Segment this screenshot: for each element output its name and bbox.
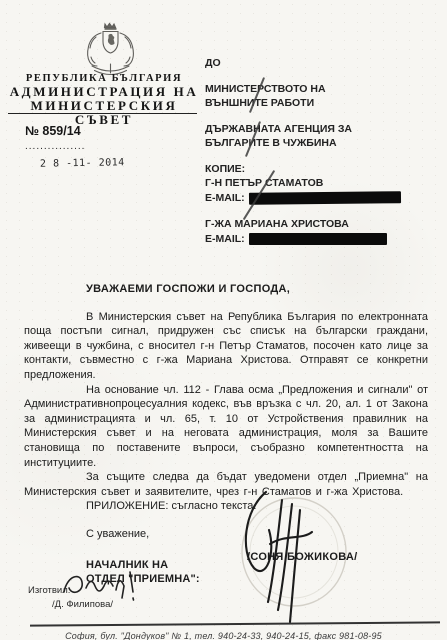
redacted-email-bar	[249, 233, 387, 245]
to-label: ДО	[205, 56, 410, 70]
addressee-1-line1: МИНИСТЕРСТВОТО НА	[205, 82, 410, 96]
salutation: УВАЖАЕМИ ГОСПОЖИ И ГОСПОДА,	[24, 282, 428, 297]
closing-phrase: С уважение,	[24, 527, 428, 542]
redacted-email-bar	[249, 191, 401, 205]
attachment-line: ПРИЛОЖЕНИЕ: съгласно текста.	[24, 499, 428, 514]
copy-2-name: Г-ЖА МАРИАНА ХРИСТОВА	[205, 217, 410, 231]
copy-1-email-row: E-MAIL:	[205, 191, 410, 205]
letterhead: РЕПУБЛИКА БЪЛГАРИЯ АДМИНИСТРАЦИЯ НА МИНИ…	[4, 72, 204, 127]
copy-2-email-row: E-MAIL:	[205, 232, 410, 246]
letterhead-underline	[8, 113, 197, 114]
paragraph-2: На основание чл. 112 - Глава осма „Предл…	[24, 383, 428, 471]
copy-1-name: Г-Н ПЕТЪР СТАМАТОВ	[205, 176, 410, 190]
addressee-1-line2: ВЪНШНИТЕ РАБОТИ	[205, 96, 410, 110]
paragraph-1: В Министерския съвет на Република Българ…	[24, 310, 428, 383]
footer-address: София, бул. "Дондуков" № 1, тел. 940-24-…	[0, 631, 447, 640]
recipient-block: ДО МИНИСТЕРСТВОТО НА ВЪНШНИТЕ РАБОТИ ДЪР…	[205, 56, 410, 246]
copy-label: КОПИЕ:	[205, 162, 410, 176]
scanned-letter-page: РЕПУБЛИКА БЪЛГАРИЯ АДМИНИСТРАЦИЯ НА МИНИ…	[0, 0, 447, 640]
prepared-by-name: /Д. Филипова/	[52, 599, 113, 610]
date-received-stamp: 2 8 -11- 2014	[40, 157, 125, 169]
reference-number: № 859/14	[25, 124, 81, 138]
paragraph-3: За същите следва да бъдат уведомени отде…	[24, 470, 428, 499]
addressee-2-line2: БЪЛГАРИТЕ В ЧУЖБИНА	[205, 136, 410, 150]
addressee-2-line1: ДЪРЖАВНАТА АГЕНЦИЯ ЗА	[205, 122, 410, 136]
bulgarian-coat-of-arms-icon	[63, 20, 157, 78]
email-label: E-MAIL:	[205, 191, 245, 205]
letter-body: УВАЖАЕМИ ГОСПОЖИ И ГОСПОДА, В Министерск…	[24, 282, 428, 586]
administration-name-line1: АДМИНИСТРАЦИЯ НА	[4, 85, 204, 99]
signer-name: /СОНЯ БОЖИКОВА/	[247, 551, 358, 563]
dotted-fill-line: ................	[25, 141, 85, 152]
email-label: E-MAIL:	[205, 232, 245, 246]
